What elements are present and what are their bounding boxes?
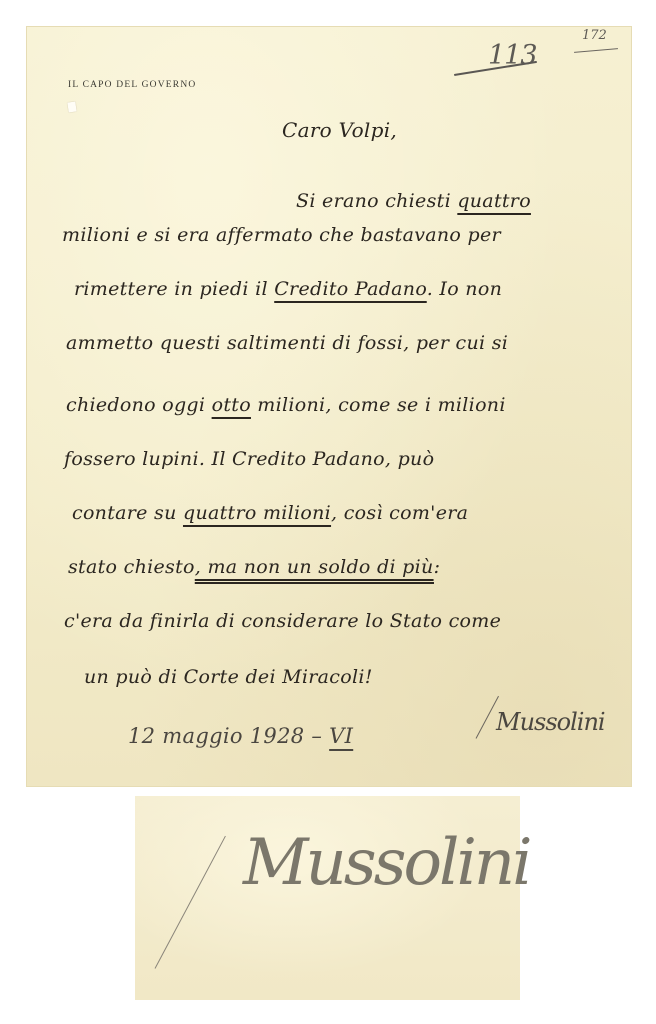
line-text: milioni e si era affermato che bastavano…	[62, 224, 501, 246]
underlined-text: quattro	[457, 190, 531, 212]
letter-line-5: chiedono oggi otto milioni, come se i mi…	[66, 394, 506, 416]
line-text: rimettere in piedi il	[74, 278, 274, 300]
signature-card-flourish	[155, 836, 226, 969]
line-text: c'era da finirla di considerare lo Stato…	[64, 610, 501, 632]
line-text: :	[434, 556, 441, 578]
letterhead: IL CAPO DEL GOVERNO	[68, 80, 196, 90]
line-text: contare su	[72, 502, 183, 524]
line-text: fossero lupini. Il Credito Padano, può	[64, 448, 434, 470]
underlined-text: otto	[212, 394, 251, 416]
letter-signature: Mussolini	[496, 708, 605, 736]
line-text: ammetto questi saltimenti di fossi, per …	[66, 332, 508, 354]
triple-underlined-text: , ma non un soldo di più	[195, 556, 434, 584]
line-text: stato chiesto	[68, 556, 195, 578]
letter-line-7: contare su quattro milioni, così com'era	[72, 502, 468, 524]
date-era: VI	[329, 724, 353, 748]
archive-number-secondary-underline	[574, 48, 618, 53]
line-text: milioni, come se i milioni	[251, 394, 506, 416]
letter-sheet: IL CAPO DEL GOVERNO 113 172 Caro Volpi, …	[26, 26, 632, 787]
letter-line-8: stato chiesto, ma non un soldo di più:	[68, 556, 440, 578]
underlined-text: Credito Padano	[274, 278, 427, 300]
punch-hole-mark	[67, 101, 76, 112]
letter-line-6: fossero lupini. Il Credito Padano, può	[64, 448, 434, 470]
underlined-text: quattro milioni	[183, 502, 331, 524]
letter-line-10: un può di Corte dei Miracoli!	[84, 666, 373, 688]
letter-line-3: rimettere in piedi il Credito Padano. Io…	[74, 278, 502, 300]
salutation: Caro Volpi,	[282, 118, 397, 142]
letter-line-2: milioni e si era affermato che bastavano…	[62, 224, 501, 246]
archive-number-secondary: 172	[582, 28, 607, 43]
line-text: . Io non	[427, 278, 502, 300]
line-text: un può di Corte dei Miracoli!	[84, 666, 373, 688]
letter-date: 12 maggio 1928 – VI	[128, 724, 353, 748]
line-text: Si erano chiesti	[296, 190, 457, 212]
date-text: 12 maggio 1928 –	[128, 724, 329, 748]
signature-card: Mussolini	[135, 796, 520, 1000]
letter-line-1: Si erano chiesti quattro	[296, 190, 531, 212]
line-text: chiedono oggi	[66, 394, 212, 416]
signature-card-signature: Mussolini	[243, 826, 530, 900]
line-text: , così com'era	[331, 502, 468, 524]
letter-line-4: ammetto questi saltimenti di fossi, per …	[66, 332, 508, 354]
letter-line-9: c'era da finirla di considerare lo Stato…	[64, 610, 501, 632]
